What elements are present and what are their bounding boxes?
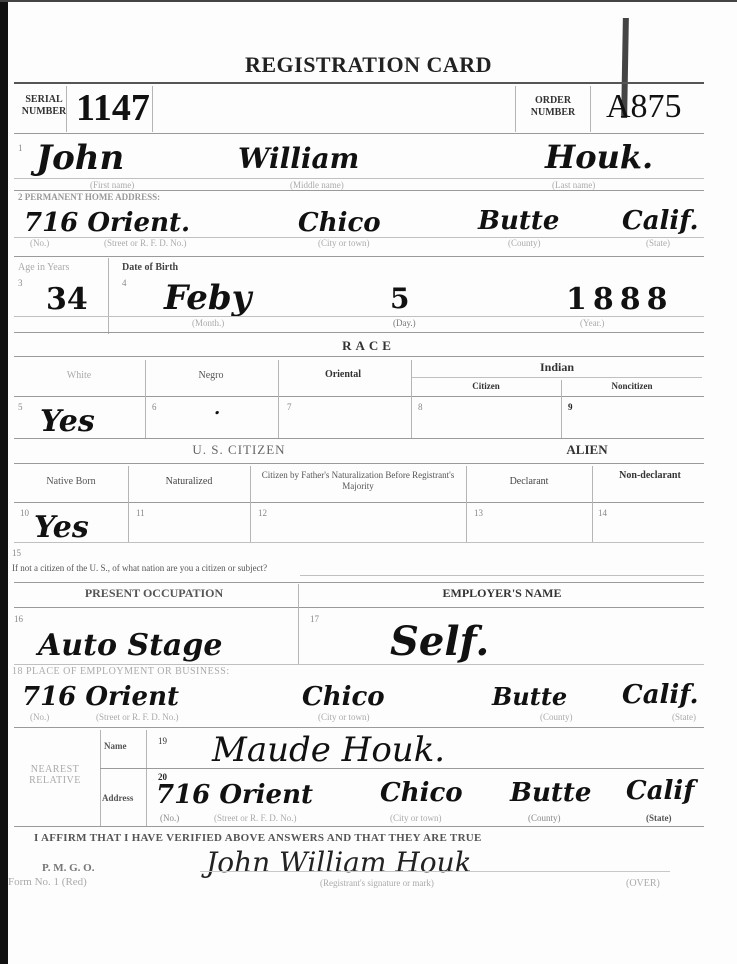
caption: (Year.): [580, 318, 604, 328]
field-number: 9: [568, 402, 573, 412]
divider: [298, 584, 299, 664]
field-number: 11: [136, 508, 145, 518]
divider: [466, 466, 467, 542]
relative-city: Chico: [380, 778, 463, 808]
caption: (City or town): [318, 238, 370, 248]
birth-day: 5: [390, 282, 409, 315]
rule: [14, 727, 704, 728]
form-label: Form No. 1 (Red): [8, 876, 87, 888]
rule: [200, 871, 670, 872]
relative-address-label: Address: [102, 793, 133, 803]
birth-month: Feby: [164, 278, 251, 318]
race-negro-value: .: [214, 398, 220, 419]
field-number: 15: [12, 548, 21, 558]
rule: [14, 396, 704, 397]
field-number: 10: [20, 508, 29, 518]
rule: [14, 463, 704, 464]
employment-county: Butte: [492, 682, 567, 711]
race-col-white: White: [14, 370, 144, 381]
field-number: 16: [14, 614, 23, 624]
divider: [128, 466, 129, 542]
col-declarant: Declarant: [468, 476, 590, 487]
race-col-indian: Indian: [412, 360, 702, 375]
nearest-relative-line2: RELATIVE: [10, 775, 100, 786]
home-state: Calif.: [622, 206, 699, 236]
home-address-label: 2 PERMANENT HOME ADDRESS:: [18, 192, 160, 202]
divider: [411, 360, 412, 438]
race-col-negro: Negro: [146, 370, 276, 381]
rule: [14, 607, 704, 608]
nation-question: If not a citizen of the U. S., of what n…: [12, 563, 267, 573]
col-non-declarant: Non-declarant: [596, 470, 704, 482]
col-native-born: Native Born: [14, 476, 128, 487]
home-street: 716 Orient.: [24, 208, 190, 238]
field-number: 5: [18, 402, 23, 412]
occupation-value: Auto Stage: [38, 628, 222, 663]
us-citizen-heading: U. S. CITIZEN: [14, 442, 464, 458]
relative-name: Maude Houk.: [212, 730, 445, 770]
caption: (No.): [30, 712, 49, 722]
caption: (City or town): [318, 712, 370, 722]
employment-state: Calif.: [622, 680, 699, 710]
col-naturalized: Naturalized: [130, 476, 248, 487]
alien-heading: ALIEN: [470, 442, 704, 458]
employer-value: Self.: [390, 618, 489, 665]
signature-caption: (Registrant's signature or mark): [320, 878, 434, 888]
divider: [278, 360, 279, 438]
rule: [412, 377, 702, 378]
registrant-signature: John William Houk: [206, 846, 472, 879]
rule: [14, 256, 704, 257]
affirmation-text: I AFFIRM THAT I HAVE VERIFIED ABOVE ANSW…: [34, 832, 482, 844]
caption: (County): [540, 712, 573, 722]
field-number: 12: [258, 508, 267, 518]
field-number: 14: [598, 508, 607, 518]
age-label: Age in Years: [18, 262, 69, 273]
caption: (Street or R. F. D. No.): [214, 813, 297, 823]
rule: [14, 190, 704, 191]
rule: [14, 178, 704, 179]
divider: [592, 466, 593, 542]
divider: [561, 380, 562, 438]
caption: (Last name): [552, 180, 595, 190]
caption: (First name): [90, 180, 134, 190]
race-heading: RACE: [0, 338, 737, 354]
caption: (No.): [160, 813, 179, 823]
serial-label-line1: SERIAL: [18, 94, 70, 106]
rule: [14, 438, 704, 439]
field-number: 19: [158, 736, 167, 746]
caption: (State): [672, 712, 696, 722]
order-label-line1: ORDER: [518, 95, 588, 107]
rule: [14, 664, 704, 665]
race-col-indian-citizen: Citizen: [412, 381, 560, 391]
divider: [590, 86, 591, 132]
rule: [14, 82, 704, 84]
caption: (State): [646, 813, 672, 823]
native-born-value: Yes: [34, 510, 89, 545]
last-name: Houk.: [545, 138, 653, 176]
rule: [14, 133, 704, 134]
field-number: 3: [18, 278, 23, 288]
relative-county: Butte: [510, 778, 591, 808]
employer-heading: EMPLOYER'S NAME: [300, 586, 704, 601]
divider: [66, 86, 67, 132]
caption: (Street or R. F. D. No.): [96, 712, 179, 722]
over-label: (OVER): [626, 878, 660, 889]
field-number: 1: [18, 143, 23, 153]
order-number: A875: [606, 88, 682, 126]
age-value: 34: [46, 282, 88, 317]
divider: [146, 730, 147, 826]
divider: [152, 86, 153, 132]
divider: [108, 258, 109, 334]
caption: (Street or R. F. D. No.): [104, 238, 187, 248]
caption: (No.): [30, 238, 49, 248]
birth-label: Date of Birth: [122, 262, 178, 273]
rule: [14, 826, 704, 827]
order-label-line2: NUMBER: [518, 107, 588, 119]
race-white-value: Yes: [40, 404, 95, 439]
caption: (City or town): [390, 813, 442, 823]
caption: (County): [508, 238, 541, 248]
employment-city: Chico: [302, 682, 385, 712]
nearest-relative-line1: NEAREST: [10, 764, 100, 775]
field-number: 13: [474, 508, 483, 518]
rule: [100, 768, 704, 769]
scan-edge-top: [0, 0, 737, 2]
occupation-heading: PRESENT OCCUPATION: [14, 586, 294, 601]
field-number: 4: [122, 278, 127, 288]
rule: [14, 332, 704, 333]
field-number: 6: [152, 402, 157, 412]
birth-year: 1888: [566, 282, 674, 317]
caption: (Day.): [393, 318, 416, 328]
divider: [515, 86, 516, 132]
caption: (State): [646, 238, 670, 248]
race-col-oriental: Oriental: [278, 369, 408, 380]
pmgo-label: P. M. G. O.: [42, 862, 94, 874]
serial-label: SERIAL NUMBER: [18, 94, 70, 118]
home-county: Butte: [478, 206, 559, 236]
rule: [300, 575, 704, 576]
rule: [14, 582, 704, 583]
field-number: 7: [287, 402, 292, 412]
divider: [250, 466, 251, 542]
divider: [145, 360, 146, 438]
relative-name-label: Name: [104, 741, 127, 751]
rule: [14, 356, 704, 357]
divider: [100, 730, 101, 826]
caption: (Month.): [192, 318, 224, 328]
rule: [14, 542, 704, 543]
col-citizen-by-father: Citizen by Father's Naturalization Befor…: [252, 470, 464, 492]
race-col-indian-noncitizen: Noncitizen: [562, 381, 702, 391]
home-city: Chico: [298, 208, 381, 238]
nearest-relative-label: NEAREST RELATIVE: [10, 764, 100, 786]
field-number: 17: [310, 614, 319, 624]
order-label: ORDER NUMBER: [518, 95, 588, 119]
scan-edge-left: [0, 0, 8, 964]
relative-state: Calif: [626, 776, 694, 806]
serial-label-line2: NUMBER: [18, 106, 70, 118]
card-title: REGISTRATION CARD: [0, 52, 737, 78]
relative-street: 716 Orient: [156, 780, 313, 810]
rule: [14, 502, 704, 503]
middle-name: William: [238, 142, 359, 175]
rule: [14, 316, 704, 317]
employment-street: 716 Orient: [22, 682, 179, 712]
field-number: 8: [418, 402, 423, 412]
place-of-employment-label: 18 PLACE OF EMPLOYMENT OR BUSINESS:: [12, 666, 230, 677]
serial-number: 1147: [76, 86, 150, 130]
first-name: John: [36, 138, 124, 178]
caption: (Middle name): [290, 180, 344, 190]
caption: (County): [528, 813, 561, 823]
